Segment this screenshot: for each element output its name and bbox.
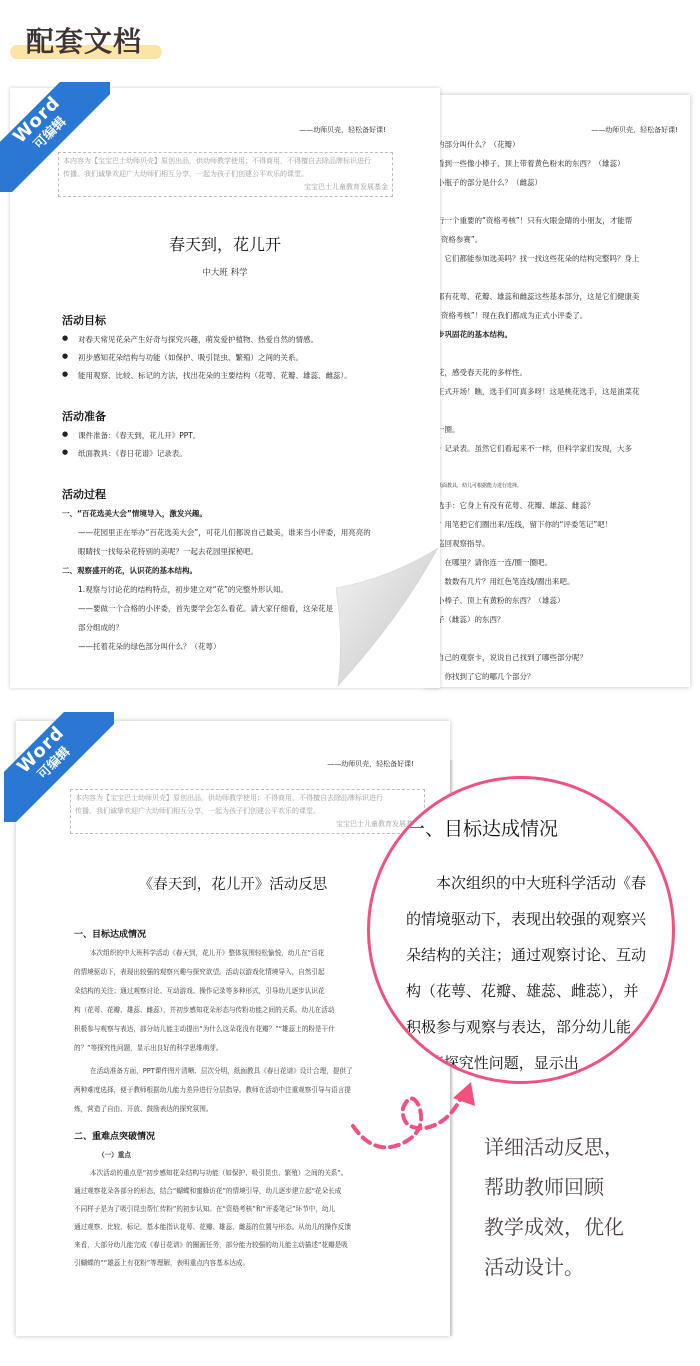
document-title: 春天到，花儿开 bbox=[10, 232, 440, 255]
document-page-back: ——幼师贝壳，轻松备好课! 的部分叫什么？（花瓣）看到一些像小棒子、顶上带着黄色… bbox=[425, 95, 690, 687]
body-line: 正式开场！瞧，选手们可真多呀！这是桃花选手，这是油菜花 bbox=[425, 382, 680, 401]
caption-line: 帮助教师回顾 bbox=[484, 1167, 624, 1207]
process-line: 眼睛找一找每朵花特别的美呢？一起去花园里探秘吧。 bbox=[78, 546, 258, 557]
body-line: 一圈。 bbox=[425, 420, 680, 439]
magnifier-callout: 一、目标达成情况 本次组织的中大班科学活动《春 的情境驱动下，表现出较强的观察兴… bbox=[367, 776, 675, 1084]
process-line: ——要做一个合格的小评委，首先要学会怎么看花。请大家仔细看，这朵花是 bbox=[78, 603, 333, 614]
paragraph-line: 通过观察花朵各部分的形态，结合“蝴蝶和蜜蜂访花”的情境引导，幼儿逐步建立起“花朵… bbox=[74, 1185, 341, 1195]
paragraph-line: 本次活动的重点是“初步感知花朵结构与功能（如保护、吸引昆虫、繁殖）之间的关系”。 bbox=[90, 1167, 347, 1177]
body-line: 步巩固花的基本结构。 bbox=[425, 325, 680, 344]
body-line: ）在哪里？请你连一连/圈一圈吧。 bbox=[425, 553, 680, 572]
process-line: 1.观察与讨论花的结构特点，初步建立对“花”的完整外形认知。 bbox=[78, 584, 288, 595]
paragraph-line: 构（花萼、花瓣、雄蕊、雌蕊），并初步感知花朵形态与传粉功能之间的关系。幼儿在活动 bbox=[74, 1004, 374, 1014]
body-line bbox=[425, 344, 680, 363]
page-body-text: 的部分叫什么？（花瓣）看到一些像小棒子、顶上带着黄色粉末的东西？（雄蕊）小瓶子的… bbox=[425, 135, 680, 687]
body-line bbox=[425, 401, 680, 420]
notice-signature: 宝宝巴士儿童教育发展基金 bbox=[63, 181, 388, 194]
body-line bbox=[425, 268, 680, 287]
goal-item: 初步感知花朵结构与功能（如保护、吸引昆虫、繁殖）之间的关系。 bbox=[78, 352, 303, 363]
body-line: “资格参赛”。 bbox=[425, 230, 680, 249]
heading-goal-achievement: 一、目标达成情况 bbox=[74, 927, 146, 940]
paragraph-line: 积极参与观察与表达，部分幼儿能主动提出“为什么这朵花没有花瓣？”“雄蕊上的粉是干… bbox=[74, 1023, 374, 1033]
notice-line: 传播。我们诚挚欢迎广大幼师们相互分享，一起为孩子们创建公平欢乐的课堂。 bbox=[63, 168, 388, 181]
notice-line: 本内容为【宝宝巴士幼师贝壳】原创出品，供幼师教学使用；不得商用，不得擅自去除品牌… bbox=[75, 792, 420, 805]
body-line: 都有花萼、花瓣、雄蕊和雌蕊这些基本部分，这是它们健康美 bbox=[425, 287, 680, 306]
body-line: 巡回观察指导。 bbox=[425, 534, 680, 553]
notice-line: 本内容为【宝宝巴士幼师贝壳】原创出品，供幼师教学使用；不得商用，不得擅自去除品牌… bbox=[63, 155, 388, 168]
heading-prep: 活动准备 bbox=[62, 408, 106, 424]
body-line bbox=[425, 458, 680, 477]
process-line: 一、“百花选美大会”情境导入，激发兴趣。 bbox=[62, 508, 207, 519]
paragraph-line: 不同样子是为了吸引昆虫帮忙传粉”的初步认知。在“资格考核”和“评委笔记”环节中，… bbox=[74, 1203, 335, 1213]
magnified-line: 朵结构的关注；通过观察讨论、互动 bbox=[406, 937, 675, 973]
goal-item: 对春天常见花朵产生好奇与探究兴趣，萌发爱护植物、热爱自然的情感。 bbox=[78, 334, 318, 345]
heading-process: 活动过程 bbox=[62, 486, 106, 502]
body-line: 小瓶子的部分是什么？（雌蕊） bbox=[425, 173, 680, 192]
body-line: ，它们都能参加选美吗？找一找这些花朵的结构完整吗？身上 bbox=[425, 249, 680, 268]
body-line: 选手：它身上有没有花萼、花瓣、雄蕊、雌蕊？ bbox=[425, 496, 680, 515]
body-line: 的部分叫什么？（花瓣） bbox=[425, 135, 680, 154]
body-line bbox=[425, 629, 680, 648]
paragraph-line: 的？”等探究性问题，显示出良好的科学思维萌芽。 bbox=[74, 1042, 374, 1052]
process-line: ——托着花朵的绿色部分叫什么？（花萼） bbox=[78, 641, 221, 652]
paragraph-line: 通过观察、比较、标记，基本能指认花萼、花瓣、雄蕊、雌蕊的位置与形态。从幼儿的操作… bbox=[74, 1221, 351, 1231]
body-line: 自己的观察卡，说说自己找到了哪些部分呢？ bbox=[425, 648, 680, 667]
section-header: 配套文档 bbox=[0, 0, 700, 70]
paragraph-line: 炼，营造了自由、开放、鼓励表达的探究氛围。 bbox=[74, 1103, 374, 1113]
caption-line: 详细活动反思， bbox=[484, 1127, 624, 1167]
body-line: 花，感受春天花的多样性。 bbox=[425, 363, 680, 382]
section-title: 配套文档 bbox=[26, 20, 142, 60]
document-subtitle: 中大班 科学 bbox=[10, 266, 440, 278]
heading-goals: 活动目标 bbox=[62, 312, 106, 328]
dashed-arrow-icon bbox=[345, 1080, 485, 1160]
magnified-line: ？”等探究性问题，显示出 bbox=[406, 1045, 675, 1081]
word-editable-badge: Word 可编辑 bbox=[0, 82, 110, 192]
prep-item: 课件准备：《春天到，花儿开》PPT。 bbox=[78, 430, 200, 441]
page-curl-icon bbox=[330, 548, 440, 688]
body-line: 最美、最特别？ bbox=[425, 686, 680, 687]
magnified-line: 本次组织的中大班科学活动《春 bbox=[406, 865, 675, 901]
goal-item: 能用观察、比较、标记的方法，找出花朵的主要结构（花萼、花瓣、雄蕊、雌蕊）。 bbox=[78, 370, 352, 381]
body-line: “资格考核”！现在我们都成为正式小评委了。 bbox=[425, 306, 680, 325]
paragraph-line: 来看，大部分幼儿能完成《春日花谱》的圈画任务，部分能力较强的幼儿能主动描述“花瓣… bbox=[74, 1239, 348, 1249]
paragraph-line: 引蝴蝶的”“雄蕊上有花粉”等理解，表明重点内容基本达成。 bbox=[74, 1257, 249, 1267]
magnified-heading: 一、目标达成情况 bbox=[406, 809, 675, 865]
body-line: ？用笔把它们圈出来/连线，留下你的“评委笔记”吧！ bbox=[425, 515, 680, 534]
body-line: 看到一些像小棒子、顶上带着黄色粉末的东西？（雄蕊） bbox=[425, 154, 680, 173]
page-tagline: ——幼师贝壳，轻松备好课! bbox=[299, 125, 386, 135]
magnified-line: 积极参与观察与表达，部分幼儿能 bbox=[406, 1009, 675, 1045]
process-line: 部分组成的？ bbox=[78, 622, 123, 633]
body-line: 子（雌蕊）的东西？ bbox=[425, 610, 680, 629]
body-line: ，你找到了它的哪几个部分？ bbox=[425, 667, 680, 686]
paragraph-line: 在活动准备方面，PPT课件图片清晰、层次分明，纸面教具《春日花谱》设计合理，提供… bbox=[90, 1065, 374, 1075]
body-line: 纸面教具，幼儿可根据能力进行选择。 bbox=[425, 477, 680, 496]
word-editable-badge: Word 可编辑 bbox=[4, 712, 114, 822]
process-line: 二、观察盛开的花，认识花的基本结构。 bbox=[62, 565, 197, 576]
paragraph-line: 朵结构的关注；通过观察讨论、互动游戏、操作记录等多种形式，引导幼儿逐步认识花 bbox=[74, 985, 374, 995]
body-line: 行一个重要的“资格考核”！只有火眼金睛的小朋友，才能帮 bbox=[425, 211, 680, 230]
notice-signature: 宝宝巴士儿童教育发展基金 bbox=[75, 818, 420, 831]
subheading-key-point: （一）重点 bbox=[98, 1149, 131, 1159]
body-line bbox=[425, 192, 680, 211]
paragraph-line: 的情境驱动下，表现出较强的观察兴趣与探究欲望。活动以游戏化情境导入，自然引起 bbox=[74, 966, 374, 976]
notice-line: 传播。我们诚挚欢迎广大幼师们相互分享，一起为孩子们创建公平欢乐的课堂。 bbox=[75, 805, 420, 818]
magnified-line: 的情境驱动下，表现出较强的观察兴 bbox=[406, 901, 675, 937]
body-line: 》记录表。虽然它们看起来不一样，但科学家们发现，大多 bbox=[425, 439, 680, 458]
caption-line: 教学成效，优化 bbox=[484, 1207, 624, 1247]
heading-key-points: 二、重难点突破情况 bbox=[74, 1129, 155, 1142]
prep-item: 纸面教具：《春日花谱》记录表。 bbox=[78, 448, 187, 459]
body-line: ，数数有几片？用红色笔连线/圈出来吧。 bbox=[425, 572, 680, 591]
magnified-line: 构（花萼、花瓣、雄蕊、雌蕊），并 bbox=[406, 973, 675, 1009]
feature-caption: 详细活动反思， 帮助教师回顾 教学成效，优化 活动设计。 bbox=[484, 1127, 624, 1287]
paragraph-line: 本次组织的中大班科学活动《春天到，花儿开》整体氛围轻松愉悦，幼儿在“百花 bbox=[90, 947, 374, 957]
paragraph-line: 两种难度选择，便于教师根据幼儿能力差异进行分层指导。教师在活动中注重观察引导与语… bbox=[74, 1084, 374, 1094]
page-tagline: ——幼师贝壳，轻松备好课! bbox=[327, 759, 414, 769]
body-line: 小棒子、顶上有黄粉的东西？（雄蕊） bbox=[425, 591, 680, 610]
page-tagline: ——幼师贝壳，轻松备好课! bbox=[591, 125, 678, 135]
copyright-notice: 本内容为【宝宝巴士幼师贝壳】原创出品，供幼师教学使用；不得商用，不得擅自去除品牌… bbox=[70, 789, 425, 834]
process-line: ——花园里正在举办“百花选美大会”，可花儿们都说自己最美，谁来当小评委，用亮亮的 bbox=[78, 527, 371, 538]
caption-line: 活动设计。 bbox=[484, 1247, 624, 1287]
